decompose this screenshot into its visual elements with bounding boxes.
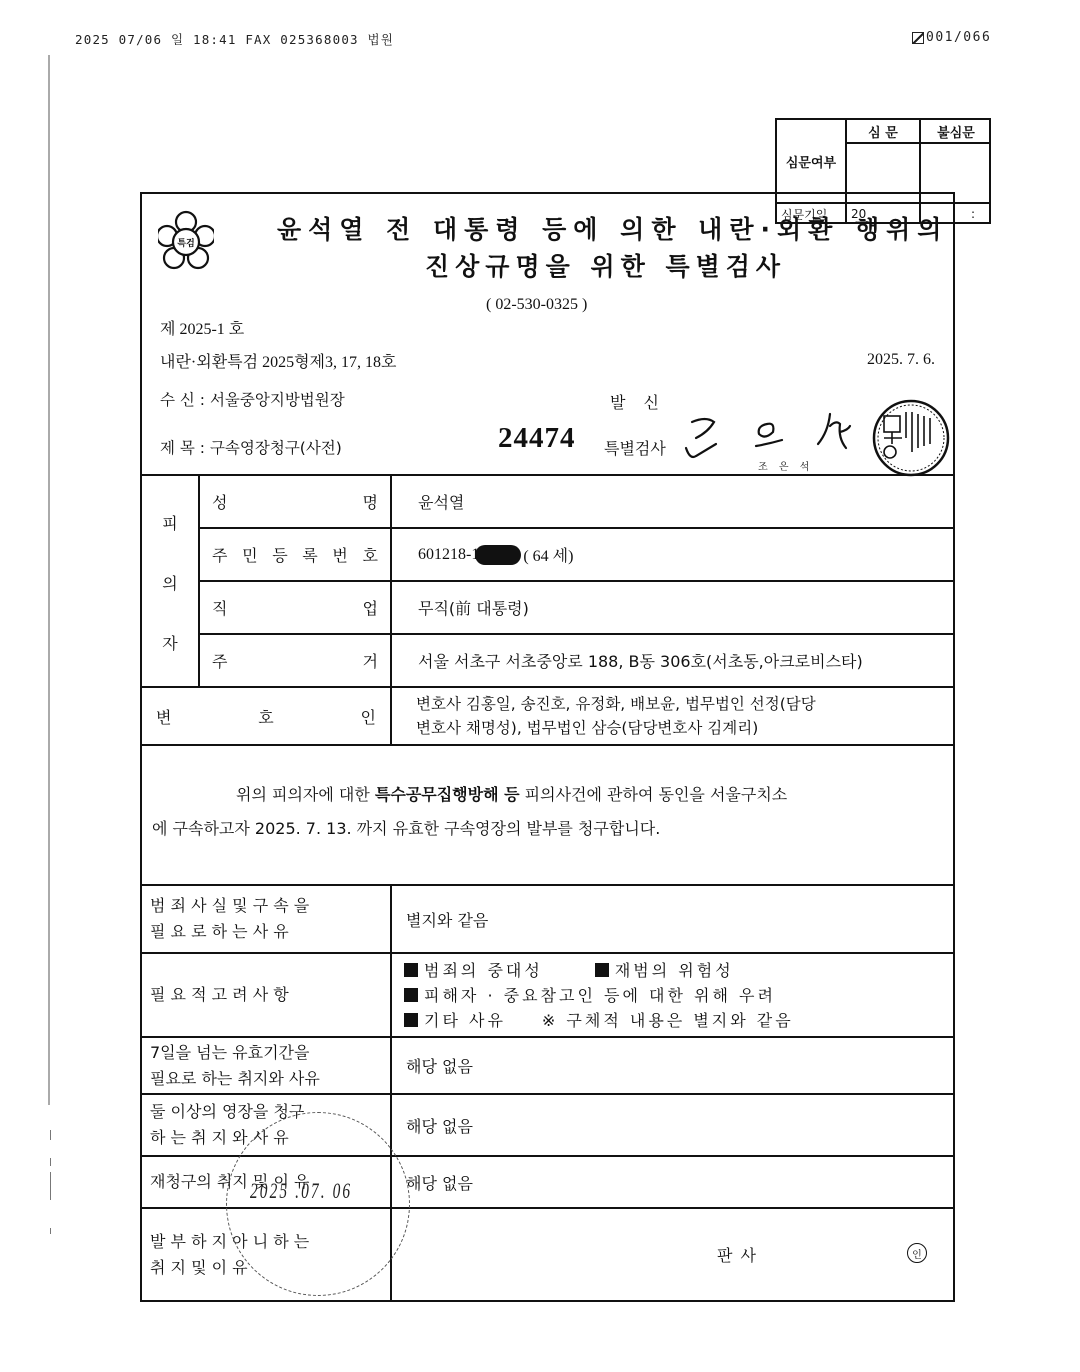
row-label: 필 요 적 고 려 사 항 xyxy=(142,954,390,1036)
hearing-column-header: 심 문 xyxy=(847,120,919,144)
margin-dash xyxy=(50,1158,51,1166)
occupation-row: 직업 무직(前 대통령) xyxy=(200,582,955,635)
field-label: 주민등록번호 xyxy=(200,529,390,580)
document-title-line1: 윤석열 전 대통령 등에 의한 내란·외환 행위의 xyxy=(277,210,948,246)
recipient: 수 신 : 서울중앙지방법원장 xyxy=(160,388,345,410)
row-label: 발 부 하 지 아 니 하 는 취 지 및 이 유 xyxy=(142,1209,390,1300)
address: 서울 서초구 서초중앙로 188, B동 306호(서초동,아크로비스타) xyxy=(392,635,863,686)
margin-dash xyxy=(50,1228,51,1234)
phone-number: ( 02-530-0325 ) xyxy=(486,296,587,314)
suspect-section-label: 피 의 자 xyxy=(142,476,200,688)
checklist-line: 피해자 · 중요참고인 등에 대한 위해 우려 xyxy=(404,983,776,1008)
counsel-label: 변호인 xyxy=(142,688,390,744)
document-date: 2025. 7. 6. xyxy=(867,351,935,369)
hearing-column: 심 문 xyxy=(847,120,921,202)
address-row: 주거 서울 서초구 서초중앙로 188, B동 306호(서초동,아크로비스타) xyxy=(200,635,955,688)
prosecutor-name: 조 은 석 xyxy=(758,458,813,473)
subject: 제 목 : 구속영장청구(사전) xyxy=(160,436,342,458)
counsel-list: 변호사 김홍일, 송진호, 유정화, 배보윤, 법무법인 선정(담당 변호사 채… xyxy=(392,688,816,744)
suspect-name: 윤석열 xyxy=(392,476,464,527)
row-label: 7일을 넘는 유효기간을 필요로 하는 취지와 사유 xyxy=(142,1038,390,1093)
redaction-mark xyxy=(475,545,521,565)
warrant-request-document: 특검 윤석열 전 대통령 등에 의한 내란·외환 행위의 진상규명을 위한 특별… xyxy=(140,192,955,1302)
svg-text:특검: 특검 xyxy=(177,237,194,249)
case-number: 내란·외환특검 2025형제3, 17, 18호 xyxy=(160,349,396,372)
counsel-row: 변호인 변호사 김홍일, 송진호, 유정화, 배보윤, 법무법인 선정(담당 변… xyxy=(142,688,953,746)
page-margin-line xyxy=(48,55,50,1105)
considerations-checklist: 범죄의 중대성 재범의 위험성 피해자 · 중요참고인 등에 대한 위해 우려 … xyxy=(392,954,794,1036)
row-value: 별지와 같음 xyxy=(392,886,488,952)
checked-box-icon[interactable] xyxy=(404,1013,418,1027)
fax-page-icon xyxy=(912,32,924,44)
request-paragraph: 위의 피의자에 대한 특수공무집행방해 등 피의사건에 관하여 동인을 서울구치… xyxy=(142,746,953,886)
no-hearing-column-header: 불심문 xyxy=(921,120,991,144)
checklist-line: 범죄의 중대성 재범의 위험성 xyxy=(404,958,734,983)
fax-page-counter: 001/066 xyxy=(912,30,991,45)
page-counter-text: 001/066 xyxy=(926,30,991,45)
non-issuance-row: 발 부 하 지 아 니 하 는 취 지 및 이 유 판사 인 xyxy=(142,1209,953,1300)
fax-header: 2025 07/06 일 18:41 FAX 025368003 법원 xyxy=(75,30,394,48)
multiple-warrants-row: 둘 이상의 영장을 청구 하 는 취 지 와 사 유 해당 없음 xyxy=(142,1095,953,1157)
hearing-row-label: 심문여부 xyxy=(777,120,847,202)
resident-number-row: 주민등록번호 601218-1( 64 세) xyxy=(200,529,955,582)
judge-label: 판사 xyxy=(717,1243,764,1266)
checked-box-icon[interactable] xyxy=(595,963,609,977)
field-label: 주거 xyxy=(200,635,390,686)
official-seal-icon xyxy=(870,398,952,478)
handwritten-signature-icon xyxy=(672,406,872,466)
field-label: 성명 xyxy=(200,476,390,527)
resident-number: 601218-1( 64 세) xyxy=(392,529,573,580)
special-prosecutor-emblem-icon: 특검 xyxy=(158,210,214,272)
sender-label: 발신 xyxy=(610,390,677,413)
receipt-number: 24474 xyxy=(498,422,576,455)
checked-box-icon[interactable] xyxy=(404,988,418,1002)
row-label: 둘 이상의 영장을 청구 하 는 취 지 와 사 유 xyxy=(142,1095,390,1155)
suspect-name-row: 성명 윤석열 xyxy=(200,476,955,529)
checklist-line: 기타 사유 ※ 구체적 내용은 별지와 같음 xyxy=(404,1008,794,1033)
crime-facts-row: 범 죄 사 실 및 구 속 을 필 요 로 하 는 사 유 별지와 같음 xyxy=(142,886,953,954)
document-number: 제 2025-1 호 xyxy=(160,316,244,339)
margin-dash xyxy=(50,1172,51,1200)
mandatory-considerations-row: 필 요 적 고 려 사 항 범죄의 중대성 재범의 위험성 피해자 · 중요참고… xyxy=(142,954,953,1038)
judge-seal-mark: 인 xyxy=(907,1243,927,1263)
extended-validity-row: 7일을 넘는 유효기간을 필요로 하는 취지와 사유 해당 없음 xyxy=(142,1038,953,1095)
field-label: 직업 xyxy=(200,582,390,633)
document-title-line2: 진상규명을 위한 특별검사 xyxy=(425,247,786,283)
occupation: 무직(前 대통령) xyxy=(392,582,529,633)
court-stamp-date: 2025 .07. 06 xyxy=(250,1178,352,1204)
row-value: 해당 없음 xyxy=(392,1038,473,1093)
row-value: 해당 없음 xyxy=(392,1157,473,1207)
checked-box-icon[interactable] xyxy=(404,963,418,977)
prosecutor-title: 특별검사 xyxy=(604,436,666,459)
no-hearing-column: 불심문 xyxy=(921,120,991,202)
row-label: 범 죄 사 실 및 구 속 을 필 요 로 하 는 사 유 xyxy=(142,886,390,952)
margin-dash xyxy=(50,1130,51,1140)
row-value: 해당 없음 xyxy=(392,1095,473,1155)
